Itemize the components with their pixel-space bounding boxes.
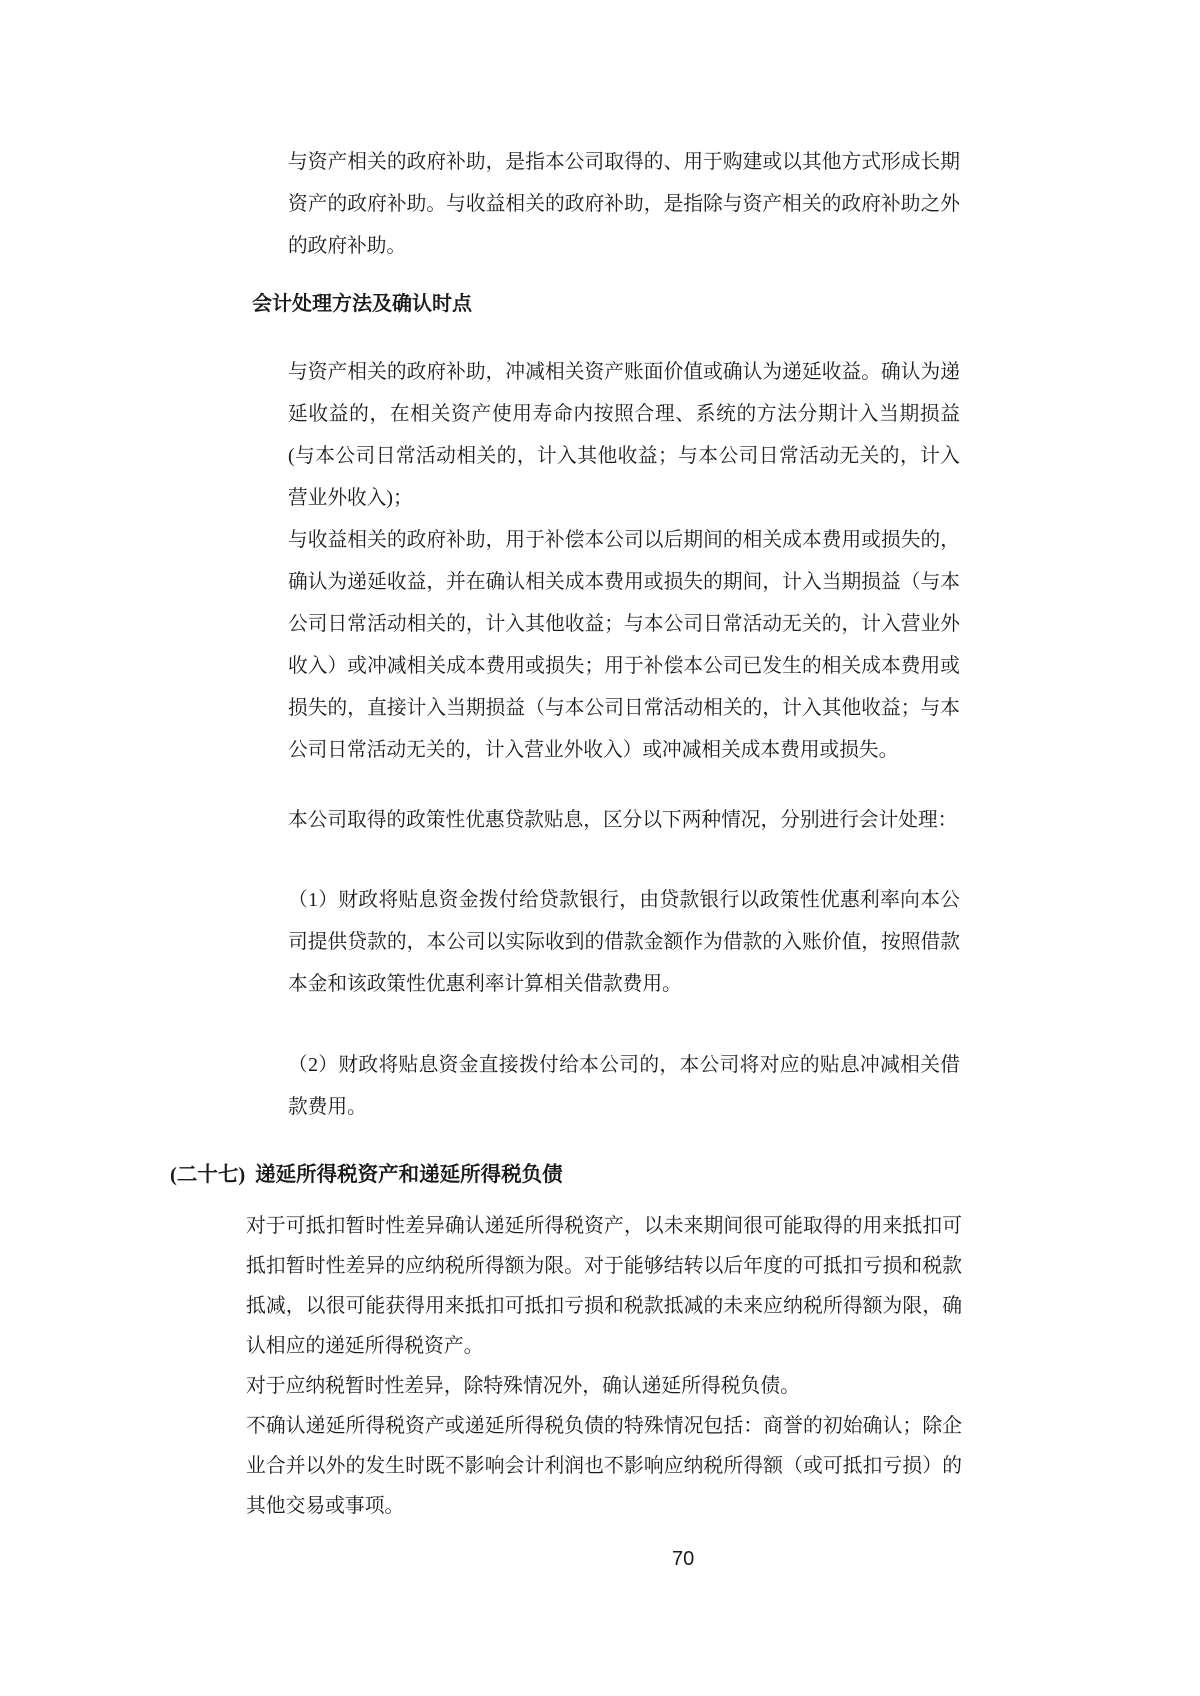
asset-grant-paragraph: 与资产相关的政府补助，冲减相关资产账面价值或确认为递延收益。确认为递延收益的，在… (288, 351, 960, 519)
page-number: 70 (672, 1548, 694, 1571)
accounting-method-heading: 会计处理方法及确认时点 (252, 289, 472, 319)
deferred-tax-section-heading: (二十七)递延所得税资产和递延所得税负债 (170, 1160, 563, 1190)
subsidy-case2-paragraph: （2）财政将贴息资金直接拨付给本公司的，本公司将对应的贴息冲减相关借款费用。 (288, 1044, 960, 1128)
document-page: { "page": { "number": "70", "background_… (0, 0, 1200, 1696)
intro-paragraph: 与资产相关的政府补助，是指本公司取得的、用于购建或以其他方式形成长期资产的政府补… (288, 141, 960, 267)
policy-loan-paragraph: 本公司取得的政策性优惠贷款贴息，区分以下两种情况，分别进行会计处理： (288, 799, 960, 841)
income-grant-paragraph: 与收益相关的政府补助，用于补偿本公司以后期间的相关成本费用或损失的，确认为递延收… (288, 519, 960, 771)
deferred-tax-paragraph-3: 不确认递延所得税资产或递延所得税负债的特殊情况包括：商誉的初始确认；除企业合并以… (246, 1406, 962, 1526)
deferred-tax-paragraph-1: 对于可抵扣暂时性差异确认递延所得税资产，以未来期间很可能取得的用来抵扣可抵扣暂时… (246, 1206, 962, 1366)
section-title: 递延所得税资产和递延所得税负债 (255, 1164, 563, 1186)
section-number: (二十七) (170, 1164, 245, 1186)
deferred-tax-paragraph-2: 对于应纳税暂时性差异，除特殊情况外，确认递延所得税负债。 (246, 1366, 962, 1406)
subsidy-case1-paragraph: （1）财政将贴息资金拨付给贷款银行，由贷款银行以政策性优惠利率向本公司提供贷款的… (288, 879, 960, 1005)
